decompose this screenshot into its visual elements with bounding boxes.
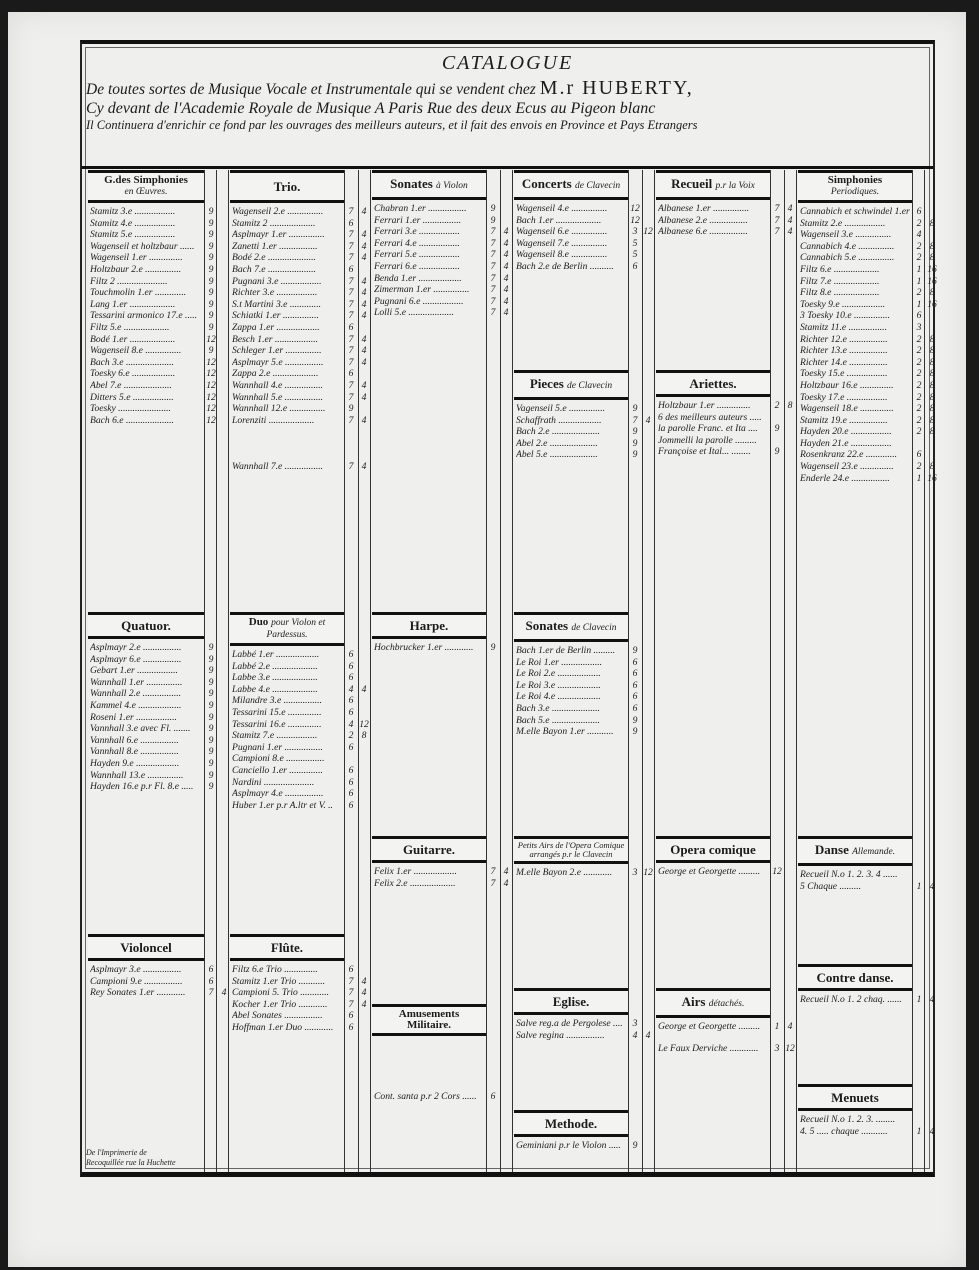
price-livres: 6 [344, 788, 358, 799]
list-item: 3 Toesky 10.e ...............6 [798, 310, 912, 322]
price-livres: 12 [204, 368, 218, 379]
section-trio: Trio. Wagenseil 2.e ...............74Sta… [230, 170, 344, 473]
price-sols: 4 [499, 249, 513, 260]
entry-title: Stamitz 4.e ................. [90, 218, 202, 229]
section-amusements-militaire: Amusements Militaire. Cont. santa p.r 2 … [372, 1004, 486, 1103]
entry-title: Ferrari 5.e ................. [374, 249, 484, 260]
list-item: Milandre 3.e ................6 [230, 695, 344, 707]
entry-title: 5 Chaque ......... [800, 881, 910, 892]
entry-list: George et Georgette .........14Le Faux D… [656, 1021, 770, 1065]
entry-title: Cannabich 4.e ............... [800, 241, 910, 252]
entry-title: Chabran 1.er ................ [374, 203, 484, 214]
entry-list: Cannabich et schwindel 1.er .6Stamitz 2.… [798, 206, 912, 484]
section-flute: Flûte. Filtz 6.e Trio ..............6Sta… [230, 934, 344, 1034]
list-item: Wagenseil 8.e ...............5 [514, 249, 628, 261]
entry-title: Tessarini armonico 17.e ..... [90, 310, 202, 321]
entry-title: Wannhall 1.er ............... [90, 677, 202, 688]
list-item: Richter 12.e ................28 [798, 334, 912, 346]
list-item: Asplmayr 4.e ................6 [230, 788, 344, 800]
entry-title: Toesky ...................... [90, 403, 202, 414]
list-item: Schiatki 1.er ...............74 [230, 310, 344, 322]
entry-title: Cannabich 5.e ............... [800, 252, 910, 263]
imprint-line-2: Recoquillée rue la Huchette [86, 1158, 176, 1168]
section-title: Recueil [671, 176, 712, 191]
price-livres: 6 [344, 707, 358, 718]
price-livres: 7 [486, 249, 500, 260]
price-livres: 6 [628, 691, 642, 702]
entry-title: Holtzbaur 1.er .............. [658, 400, 768, 411]
price-livres: 2 [912, 415, 926, 426]
list-item: Schleger 1.er ...............74 [230, 345, 344, 357]
price-sols: 16 [925, 264, 939, 275]
price-livres: 2 [912, 287, 926, 298]
section-subtitle: en Œuvres. [125, 187, 168, 197]
list-item: Pugnani 1.er ................6 [230, 742, 344, 754]
price-livres: 6 [628, 657, 642, 668]
page-title: CATALOGUE [82, 52, 933, 75]
section-heading: Sonates à Violon [372, 170, 486, 200]
section-heading: Airs détachés. [656, 988, 770, 1018]
list-item: Asplmayr 2.e ................9 [88, 642, 204, 654]
price-livres: 9 [204, 322, 218, 333]
price-livres: 2 [912, 357, 926, 368]
list-item: Bach 2.e de Berlin ..........6 [514, 261, 628, 273]
list-item: Stamitz 1.er Trio ...........74 [230, 976, 344, 988]
list-item: Asplmayr 3.e ................6 [88, 964, 204, 976]
entry-title: Bach 2.e .................... [516, 426, 626, 437]
list-item: Toesky 15.e .................28 [798, 368, 912, 380]
price-sols: 4 [357, 287, 371, 298]
section-guitarre: Guitarre. Felix 1.er ..................7… [372, 836, 486, 889]
entry-title: Wannhall 7.e ................ [232, 461, 342, 472]
entry-title: Rosenkranz 22.e ............. [800, 449, 910, 460]
section-title: Airs [682, 994, 706, 1009]
section-heading: Violoncel [88, 934, 204, 961]
section-heading: Sonates de Clavecin [514, 612, 628, 642]
list-item: Hayden 9.e ..................9 [88, 758, 204, 770]
price-sols: 8 [925, 357, 939, 368]
entry-title: Benda 1.er .................. [374, 273, 484, 284]
price-livres: 9 [204, 770, 218, 781]
price-livres: 6 [628, 668, 642, 679]
price-livres: 6 [344, 1010, 358, 1021]
entry-title: Campioni 9.e ................ [90, 976, 202, 987]
price-livres: 6 [344, 1022, 358, 1033]
list-item: Bach 5.e ....................9 [514, 715, 628, 727]
list-item: Vannhall 6.e ................9 [88, 735, 204, 747]
entry-title: Bach 1.er ................... [516, 215, 626, 226]
price-livres: 9 [204, 206, 218, 217]
header-line-2: Cy devant de l'Academie Royale de Musiqu… [82, 100, 933, 118]
list-item: Kammel 4.e ..................9 [88, 700, 204, 712]
price-livres: 1 [912, 473, 926, 484]
entry-list: Wagenseil 2.e ...............74Stamitz 2… [230, 206, 344, 473]
price-sols: 12 [641, 226, 655, 237]
price-livres: 2 [912, 252, 926, 263]
entry-title: M.elle Bayon 2.e ............ [516, 867, 626, 878]
price-livres: 2 [770, 400, 784, 411]
price-livres: 1 [912, 264, 926, 275]
list-item: Ferrari 5.e .................74 [372, 249, 486, 261]
section-heading: Opera comique [656, 836, 770, 863]
price-sols: 4 [357, 206, 371, 217]
section-menuets: Menuets Recueil N.o 1. 2. 3. ........4. … [798, 1084, 912, 1137]
price-livres: 1 [912, 1126, 926, 1137]
list-item: Gebart 1.er .................9 [88, 665, 204, 677]
section-heading: Eglise. [514, 988, 628, 1015]
price-sols: 4 [357, 987, 371, 998]
list-item: Besch 1.er ..................74 [230, 334, 344, 346]
entry-title: Pugnani 1.er ................ [232, 742, 342, 753]
section-subtitle: Periodiques. [831, 187, 879, 197]
entry-title: Bach 1.er de Berlin ......... [516, 645, 626, 656]
section-title: Pieces [530, 376, 564, 391]
price-livres: 6 [344, 800, 358, 811]
price-livres: 2 [912, 392, 926, 403]
price-sols: 12 [641, 867, 655, 878]
entry-list: Stamitz 3.e .................9Stamitz 4.… [88, 206, 204, 426]
price-livres: 2 [912, 334, 926, 345]
list-item: Stamitz 5.e .................9 [88, 229, 204, 241]
section-heading: Harpe. [372, 612, 486, 639]
list-item: Labbe 4.e ...................44 [230, 684, 344, 696]
section-methode: Methode. Geminiani p.r le Violon .....9 [514, 1110, 628, 1152]
price-livres: 7 [344, 380, 358, 391]
list-item: Lorenziti ...................74 [230, 415, 344, 427]
list-item: Wannhall 4.e ................74 [230, 380, 344, 392]
entry-title: Bach 3.e .................... [516, 703, 626, 714]
price-livres: 7 [344, 334, 358, 345]
list-item: Stamitz 11.e ................3 [798, 322, 912, 334]
price-sols: 8 [925, 392, 939, 403]
price-sols: 8 [925, 415, 939, 426]
entry-title: Stamitz 5.e ................. [90, 229, 202, 240]
entry-title: Asplmayr 3.e ................ [90, 964, 202, 975]
entry-title: Nardini ..................... [232, 777, 342, 788]
list-item: Stamitz 3.e .................9 [88, 206, 204, 218]
price-livres: 9 [628, 645, 642, 656]
price-livres: 12 [628, 215, 642, 226]
price-sols: 12 [783, 1043, 797, 1054]
list-item: Wagenseil 8.e ...............9 [88, 345, 204, 357]
entry-title: Wannhall 2.e ................ [90, 688, 202, 699]
section-heading: Concerts de Clavecin [514, 170, 628, 200]
list-item: Campioni 9.e ................6 [88, 976, 204, 988]
entry-title: Asplmayr 6.e ................ [90, 654, 202, 665]
price-livres: 12 [204, 357, 218, 368]
entry-title: Roseni 1.er ................. [90, 712, 202, 723]
entry-title: Albanese 2.e ................ [658, 215, 768, 226]
price-livres: 12 [204, 403, 218, 414]
price-livres: 9 [204, 712, 218, 723]
price-sols: 4 [783, 203, 797, 214]
entry-list: Wagenseil 4.e ...............12Bach 1.er… [514, 203, 628, 273]
price-livres: 7 [344, 206, 358, 217]
list-item: Stamitz 4.e .................9 [88, 218, 204, 230]
price-livres: 7 [486, 226, 500, 237]
price-sols: 8 [925, 368, 939, 379]
price-livres: 7 [344, 310, 358, 321]
column-divider [500, 170, 501, 1172]
price-livres: 9 [770, 446, 784, 457]
price-sols: 4 [499, 296, 513, 307]
price-sols: 4 [357, 461, 371, 472]
price-livres: 7 [486, 238, 500, 249]
price-livres: 4 [344, 719, 358, 730]
price-livres: 9 [770, 423, 784, 434]
list-item [230, 438, 344, 450]
price-sols: 12 [357, 719, 371, 730]
price-livres: 2 [912, 241, 926, 252]
entry-list: Geminiani p.r le Violon .....9 [514, 1140, 628, 1152]
price-livres: 9 [204, 345, 218, 356]
list-item: Wagenseil 4.e ...............12 [514, 203, 628, 215]
entry-title: Ferrari 1.er ................ [374, 215, 484, 226]
entry-title: Stamitz 1.er Trio ........... [232, 976, 342, 987]
entry-title: Toesky 17.e ................. [800, 392, 910, 403]
list-item: Campioni 8.e ................ [230, 753, 344, 765]
price-livres: 5 [628, 238, 642, 249]
section-title: Duo [249, 616, 269, 628]
price-livres: 7 [344, 276, 358, 287]
entry-title: Hayden 16.e p.r Fl. 8.e ..... [90, 781, 202, 792]
entry-title: Enderle 24.e ................ [800, 473, 910, 484]
section-pieces-clavecin: Pieces de Clavecin Vagenseil 5.e .......… [514, 370, 628, 461]
list-item: Le Roi 2.e ..................6 [514, 668, 628, 680]
header-line-1: De toutes sortes de Musique Vocale et In… [82, 77, 933, 100]
entry-title: Stamitz 2.e ................. [800, 218, 910, 229]
price-livres: 9 [204, 723, 218, 734]
price-livres: 7 [344, 461, 358, 472]
section-sonates-clavecin: Sonates de Clavecin Bach 1.er de Berlin … [514, 612, 628, 738]
list-item: Felix 1.er ..................74 [372, 866, 486, 878]
entry-title: Le Roi 4.e .................. [516, 691, 626, 702]
price-livres: 7 [486, 284, 500, 295]
entry-title: Stamitz 2 ................... [232, 218, 342, 229]
section-heading: Danse Allemande. [798, 836, 912, 866]
entry-title: Vagenseil 5.e ............... [516, 403, 626, 414]
price-livres: 7 [344, 345, 358, 356]
price-livres: 9 [204, 677, 218, 688]
entry-title: Le Faux Derviche ............ [658, 1043, 768, 1054]
price-livres: 7 [344, 415, 358, 426]
price-sols: 4 [925, 994, 939, 1005]
price-livres: 9 [204, 665, 218, 676]
list-item: Wagenseil et holtzbaur ......9 [88, 241, 204, 253]
price-livres: 7 [204, 987, 218, 998]
entry-title: Rey Sonates 1.er ............ [90, 987, 202, 998]
price-sols: 8 [925, 426, 939, 437]
entry-title: Vannhall 6.e ................ [90, 735, 202, 746]
price-livres: 7 [486, 307, 500, 318]
entry-title: Schaffrath .................. [516, 415, 626, 426]
list-item: Labbé 1.er ..................6 [230, 649, 344, 661]
section-subtitle: détachés. [709, 999, 745, 1009]
section-concerts-clavecin: Concerts de Clavecin Wagenseil 4.e .....… [514, 170, 628, 273]
price-sols: 4 [499, 878, 513, 889]
entry-title: Felix 2.e ................... [374, 878, 484, 889]
price-sols: 8 [925, 218, 939, 229]
list-item: Abel 5.e ....................9 [514, 449, 628, 461]
list-item: Asplmayr 5.e ................74 [230, 357, 344, 369]
entry-title: Wagenseil 6.e ............... [516, 226, 626, 237]
section-title: Danse [815, 842, 849, 857]
price-sols: 4 [925, 881, 939, 892]
price-livres: 9 [204, 287, 218, 298]
list-item: Tessarini armonico 17.e .....9 [88, 310, 204, 322]
price-livres: 6 [344, 765, 358, 776]
list-item: Zappa 2.e ...................6 [230, 368, 344, 380]
price-livres: 6 [344, 218, 358, 229]
price-livres: 7 [770, 226, 784, 237]
price-sols: 4 [357, 299, 371, 310]
price-sols: 8 [925, 252, 939, 263]
entry-title: Wagenseil 3.e ............... [800, 229, 910, 240]
price-livres: 6 [628, 680, 642, 691]
list-item: Recueil N.o 1. 2. 3. ........ [798, 1114, 912, 1126]
section-simphonies-periodiques: Simphonies Periodiques. Cannabich et sch… [798, 170, 912, 484]
section-contre-danse: Contre danse. Recueil N.o 1. 2 chaq. ...… [798, 964, 912, 1006]
section-subtitle: arrangés p.r le Clavecin [529, 849, 612, 859]
list-item: Zanetti 1.er ................74 [230, 241, 344, 253]
list-item: Cannabich 5.e ...............28 [798, 252, 912, 264]
price-livres: 9 [204, 299, 218, 310]
list-item: Lolli 5.e ...................74 [372, 307, 486, 319]
section-quatuor: Quatuor. Asplmayr 2.e ................9A… [88, 612, 204, 793]
price-sols: 4 [499, 307, 513, 318]
entry-title: 4. 5 ..... chaque ........... [800, 1126, 910, 1137]
entry-title: Bach 7.e .................... [232, 264, 342, 275]
price-livres: 6 [628, 261, 642, 272]
price-livres: 9 [628, 403, 642, 414]
price-livres: 2 [912, 368, 926, 379]
price-livres: 7 [770, 203, 784, 214]
price-livres: 9 [628, 1140, 642, 1151]
price-sols: 4 [783, 1021, 797, 1032]
list-item: Ferrari 6.e .................74 [372, 261, 486, 273]
entry-title: Vannhall 8.e ................ [90, 746, 202, 757]
printer-imprint: De l'Imprimerie de Recoquillée rue la Hu… [86, 1148, 176, 1168]
entry-list: Salve reg.a de Pergolese ....3Salve regi… [514, 1018, 628, 1041]
section-subtitle: pour Violon et Pardessus. [266, 618, 325, 640]
section-sonates-violon: Sonates à Violon Chabran 1.er ..........… [372, 170, 486, 319]
price-livres: 6 [628, 703, 642, 714]
section-heading: Simphonies Periodiques. [798, 170, 912, 203]
section-title: Simphonies [828, 174, 882, 186]
list-item: 6 des meilleurs auteurs ..... [656, 412, 770, 424]
list-item: George et Georgette .........12 [656, 866, 770, 878]
price-livres: 9 [628, 438, 642, 449]
entry-title: Vannhall 3.e avec Fl. ....... [90, 723, 202, 734]
price-livres: 7 [344, 392, 358, 403]
entry-list: Albanese 1.er ...............74Albanese … [656, 203, 770, 238]
section-heading: Methode. [514, 1110, 628, 1137]
list-item: Tessarini 15.e ..............6 [230, 707, 344, 719]
list-item: Filtz 8.e ...................28 [798, 287, 912, 299]
section-heading: Amusements Militaire. [372, 1004, 486, 1036]
list-item: Wannhall 13.e ...............9 [88, 770, 204, 782]
list-item: Albanese 2.e ................74 [656, 215, 770, 227]
list-item: Bach 7.e ....................6 [230, 264, 344, 276]
list-item: Recueil N.o 1. 2 chaq. ......14 [798, 994, 912, 1006]
list-item: Salve reg.a de Pergolese ....3 [514, 1018, 628, 1030]
list-item: Hochbrucker 1.er ............9 [372, 642, 486, 654]
list-item: Cont. santa p.r 2 Cors ......6 [372, 1091, 486, 1103]
list-item: Ferrari 3.e .................74 [372, 226, 486, 238]
list-item: Stamitz 19.e ................28 [798, 415, 912, 427]
price-livres: 9 [344, 403, 358, 414]
entry-list: Recueil N.o 1. 2 chaq. ......14 [798, 994, 912, 1006]
list-item: Le Roi 1.er .................6 [514, 657, 628, 669]
price-livres: 7 [344, 252, 358, 263]
price-livres: 4 [912, 229, 926, 240]
list-item: Stamitz 2 ...................6 [230, 218, 344, 230]
price-livres: 6 [344, 672, 358, 683]
entry-title: Stamitz 7.e ................. [232, 730, 342, 741]
price-sols: 8 [783, 400, 797, 411]
entry-title: Pugnani 6.e ................. [374, 296, 484, 307]
entry-title: Ferrari 3.e ................. [374, 226, 484, 237]
price-livres: 9 [628, 726, 642, 737]
list-item: Rey Sonates 1.er ............74 [88, 987, 204, 999]
entry-title: George et Georgette ......... [658, 866, 768, 877]
entry-title: Wannhall 5.e ................ [232, 392, 342, 403]
list-item: Wannhall 1.er ...............9 [88, 677, 204, 689]
list-item [230, 426, 344, 438]
price-livres: 2 [344, 730, 358, 741]
list-item: Touchmolin 1.er .............9 [88, 287, 204, 299]
price-livres: 6 [912, 206, 926, 217]
entry-title: Zappa 2.e ................... [232, 368, 342, 379]
merchant-name: M.r HUBERTY, [540, 77, 694, 99]
price-livres: 9 [204, 252, 218, 263]
entry-title: Asplmayr 5.e ................ [232, 357, 342, 368]
list-item: Kocher 1.er Trio ............74 [230, 999, 344, 1011]
price-livres: 6 [344, 777, 358, 788]
entry-title: Geminiani p.r le Violon ..... [516, 1140, 626, 1151]
list-item: Asplmayr 6.e ................9 [88, 654, 204, 666]
list-item: Wagenseil 1.er ..............9 [88, 252, 204, 264]
entry-title: Campioni 8.e ................ [232, 753, 342, 764]
entry-title: Wagenseil 8.e ............... [90, 345, 202, 356]
section-heading: Duo pour Violon et Pardessus. [230, 612, 344, 646]
list-item: Rosenkranz 22.e .............6 [798, 449, 912, 461]
list-item: Jommelli la parolle ......... [656, 435, 770, 447]
column-divider [642, 170, 643, 1172]
section-heading: Ariettes. [656, 370, 770, 397]
section-subtitle: de Clavecin [571, 623, 616, 633]
section-subtitle: de Clavecin [575, 181, 620, 191]
price-livres: 12 [204, 415, 218, 426]
price-livres: 9 [204, 276, 218, 287]
section-eglise: Eglise. Salve reg.a de Pergolese ....3Sa… [514, 988, 628, 1041]
price-sols: 4 [499, 273, 513, 284]
column-divider [486, 170, 487, 1172]
entry-title: Labbe 3.e ................... [232, 672, 342, 683]
entry-title: Besch 1.er .................. [232, 334, 342, 345]
price-sols: 4 [357, 999, 371, 1010]
list-item: S.t Martini 3.e .............74 [230, 299, 344, 311]
price-sols: 4 [357, 345, 371, 356]
price-livres: 6 [344, 742, 358, 753]
list-item: Zappa 1.er ..................6 [230, 322, 344, 334]
entry-title: la parolle Franc. et Ita .... [658, 423, 768, 434]
price-livres: 2 [912, 426, 926, 437]
list-item: Lang 1.er ...................9 [88, 299, 204, 311]
entry-list: Chabran 1.er ................9Ferrari 1.… [372, 203, 486, 319]
entry-title: Françoise et Ital... ........ [658, 446, 768, 457]
section-grandes-simphonies: G.des Simphonies en Œuvres. Stamitz 3.e … [88, 170, 204, 426]
